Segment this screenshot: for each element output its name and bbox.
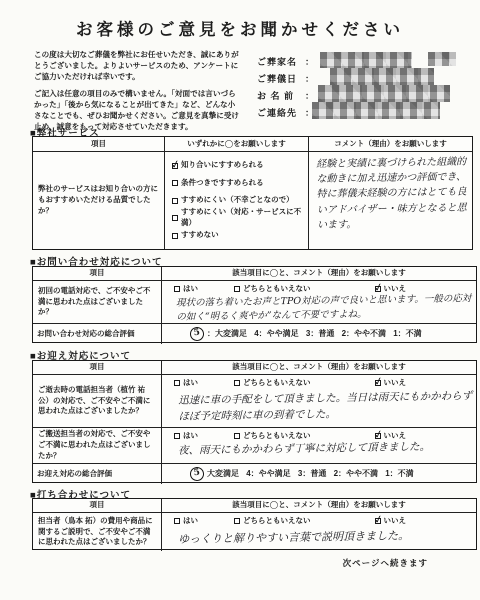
option-label: 知り合いにすすめられる (181, 160, 264, 171)
rating-label: お迎え対応の総合評価 (33, 463, 161, 484)
checkbox-icon[interactable] (174, 518, 180, 524)
choice-yes[interactable]: はい (174, 516, 198, 527)
checkbox-icon[interactable] (174, 380, 180, 386)
option-not-recommend[interactable]: すすめない (172, 227, 304, 245)
rating-scale: 大変満足 4：やや満足 3：普通 2：やや不満 1：不満 (207, 468, 414, 480)
checkbox-icon[interactable] (172, 198, 178, 204)
checkbox-icon[interactable] (172, 215, 178, 221)
checkbox-icon[interactable] (234, 286, 240, 292)
pickup-rating: 5 大変満足 4：やや満足 3：普通 2：やや不満 1：不満 (161, 463, 476, 484)
handwritten-comment: 迅速に車の手配をして頂きました。当日は雨天にもかかわらずほぼ予定時刻に車の到着で… (162, 384, 477, 425)
meeting-table: 項目 該当項目に◯と、コメント（理由）をお願いします 担当者（鳥本 拓）の費用や… (32, 498, 477, 550)
redacted-value-mosaic (318, 85, 450, 102)
column-header-response: 該当項目に◯と、コメント（理由）をお願いします (161, 267, 476, 280)
rating-scale: ：大変満足 4：やや満足 3：普通 2：やや不満 1：不満 (207, 328, 422, 340)
service-table: 項目 いずれかに◯をお願いします コメント（理由）をお願いします 弊社のサービス… (32, 136, 473, 250)
pickup-table: 項目 該当項目に◯と、コメント（理由）をお願いします ご逝去時の電話担当者（植竹… (32, 360, 477, 483)
column-header-item: 項目 (33, 361, 161, 374)
service-options: 知り合いにすすめられる 条件つきですすめられる すすめにくい（不幸ごとなので） … (164, 151, 308, 249)
checkbox-icon[interactable] (172, 180, 178, 186)
service-question: 弊社のサービスはお知り合いの方にもおすすめいただける品質でしたか？ (33, 151, 164, 249)
questionnaire-page: お客様のご意見をお聞かせください この度は大切なご葬儀を弊社にお任せいただき、誠… (0, 0, 480, 600)
redacted-value-mosaic (330, 68, 434, 85)
page-title: お客様のご意見をお聞かせください (0, 16, 480, 40)
option-label: すすめない (181, 230, 219, 241)
meeting-response-cell: はい どちらともいえない いいえ ゆっくりと解りやすい言葉で説明頂きました。 (161, 512, 476, 551)
option-recommend[interactable]: 知り合いにすすめられる (172, 157, 304, 175)
checkbox-icon[interactable] (174, 433, 180, 439)
handwritten-comment: 経験と実績に裏づけられた組織的な動きに加え迅速かつ評価でき、特に葬儀未経験の方に… (313, 152, 469, 233)
handwritten-comment: ゆっくりと解りやすい言葉で説明頂きました。 (162, 522, 476, 548)
pickup-question-2: ご搬送担当者の対応で、ご不安やご不満に思われた点はございましたか？ (33, 427, 161, 463)
field-family-name: ご葬家名 ： (257, 53, 318, 70)
inquiry-question: 初回の電話対応で、ご不安やご不満に思われた点はございましたか？ (33, 280, 161, 323)
option-recommend-conditionally[interactable]: 条件つきですすめられる (172, 174, 304, 192)
checkbox-icon[interactable] (234, 518, 240, 524)
inquiry-rating: 5 ：大変満足 4：やや満足 3：普通 2：やや不満 1：不満 (161, 323, 476, 344)
option-label: すすめにくい（対応・サービスに不満） (181, 207, 304, 229)
column-header-item: 項目 (33, 137, 164, 151)
contact-fields: ご葬家名 ： ご葬儀日 ： お 名 前 ： ご連絡先 ： (257, 53, 318, 121)
handwritten-comment: 夜、雨天にもかかわらず丁寧に対応して頂きました。 (162, 437, 476, 459)
inquiry-table: 項目 該当項目に◯と、コメント（理由）をお願いします 初回の電話対応で、ご不安や… (32, 266, 477, 343)
handwritten-comment: 現状の落ち着いたお声とTPO対応の声で良いと思います。一般の応対の如く“明るく爽… (162, 290, 476, 325)
checkbox-icon[interactable] (172, 163, 178, 169)
redacted-value-mosaic (320, 52, 412, 68)
column-header-item: 項目 (33, 267, 161, 280)
choice-yes[interactable]: はい (174, 431, 198, 442)
checkbox-icon[interactable] (234, 433, 240, 439)
redacted-value-mosaic (312, 102, 440, 119)
checkbox-icon[interactable] (174, 286, 180, 292)
option-label: すすめにくい（不幸ごとなので） (181, 195, 294, 206)
rating-label: お問い合わせ対応の総合評価 (33, 323, 161, 344)
intro-paragraph-1: この度は大切なご葬儀を弊社にお任せいただき、誠にありがとうございました。よりよい… (34, 50, 241, 82)
footer-note: 次ページへ続きます (343, 557, 428, 569)
field-funeral-date: ご葬儀日 ： (257, 70, 318, 87)
column-header-response: 該当項目に◯と、コメント（理由）をお願いします (161, 361, 476, 374)
choice-yes[interactable]: はい (174, 284, 198, 295)
option-hard-to-recommend-dissatisfied[interactable]: すすめにくい（対応・サービスに不満） (172, 209, 304, 227)
choice-yes[interactable]: はい (174, 378, 198, 389)
inquiry-response-cell: はい どちらともいえない いいえ 現状の落ち着いたお声とTPO対応の声で良いと思… (161, 280, 476, 323)
circled-rating: 5 (189, 466, 205, 482)
redacted-value-mosaic (428, 52, 456, 66)
column-header-response: 該当項目に◯と、コメント（理由）をお願いします (161, 499, 476, 512)
pickup-response-cell-1: はい どちらともいえない いいえ 迅速に車の手配をして頂きました。当日は雨天にも… (161, 374, 476, 427)
column-header-choice: いずれかに◯をお願いします (164, 137, 308, 151)
pickup-response-cell-2: はい どちらともいえない いいえ 夜、雨天にもかかわらず丁寧に対応して頂きました… (161, 427, 476, 463)
column-header-item: 項目 (33, 499, 161, 512)
checkbox-icon[interactable] (234, 380, 240, 386)
column-header-comment: コメント（理由）をお願いします (308, 137, 472, 151)
service-comment-cell: 経験と実績に裏づけられた組織的な動きに加え迅速かつ評価でき、特に葬儀未経験の方に… (308, 151, 472, 249)
field-name: お 名 前 ： (257, 87, 318, 104)
circled-rating: 5 (189, 326, 205, 342)
field-contact: ご連絡先 ： (257, 104, 318, 121)
pickup-question-1: ご逝去時の電話担当者（植竹 祐公）の対応で、ご不安やご不満に思われた点はございま… (33, 374, 161, 427)
option-label: 条件つきですすめられる (181, 178, 264, 189)
intro-text: この度は大切なご葬儀を弊社にお任せいただき、誠にありがとうございました。よりよい… (34, 50, 241, 132)
meeting-question: 担当者（鳥本 拓）の費用や商品に関するご説明で、ご不安やご不満に思われた点はござ… (33, 512, 161, 551)
checkbox-icon[interactable] (172, 233, 178, 239)
